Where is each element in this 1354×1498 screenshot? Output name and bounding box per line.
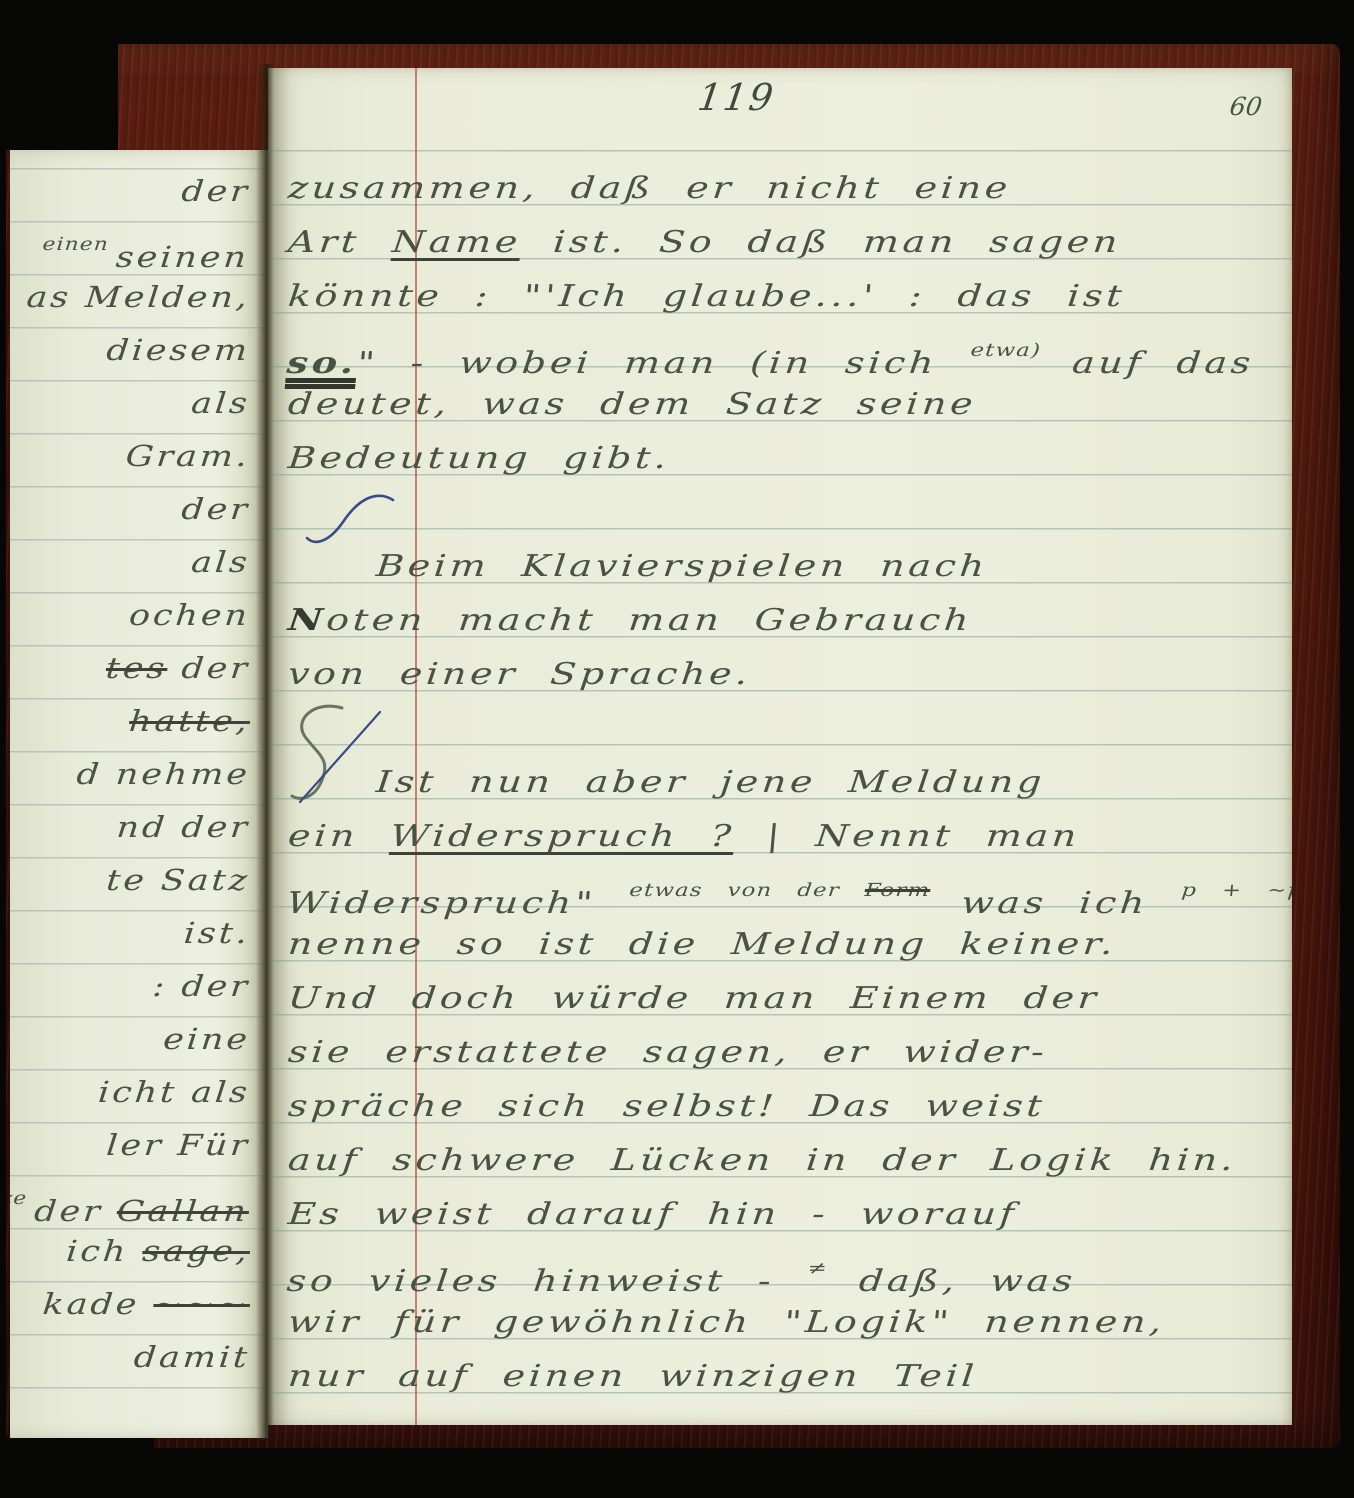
text-segment: : der	[151, 969, 251, 1003]
text-segment: sage,	[141, 1234, 251, 1268]
handwritten-fragment: d nehme	[10, 748, 252, 801]
main-handwritten-text: zusammen, daß er nicht eineArt Name ist.…	[288, 162, 1288, 1404]
text-segment: seinen	[115, 240, 251, 274]
text-segment: der	[166, 651, 251, 685]
text-segment: " - wobei man (in sich	[356, 346, 971, 381]
text-segment: Gallan	[116, 1194, 251, 1228]
text-segment: Name	[391, 225, 523, 260]
text-segment: auf schwere Lücken in der Logik hin.	[287, 1143, 1239, 1178]
handwritten-line: wir für gewöhnlich "Logik" nennen,	[286, 1296, 1292, 1350]
folio-number: 60	[1228, 92, 1264, 121]
handwritten-fragment: kade ~~~	[10, 1278, 252, 1331]
right-page: 119 60 zusammen, daß er nicht eineArt Na…	[268, 68, 1292, 1425]
text-segment: der	[180, 492, 251, 526]
text-segment: etwas von der	[628, 880, 865, 901]
handwritten-line: auf schwere Lücken in der Logik hin.	[286, 1134, 1292, 1188]
handwritten-fragment: hatte,	[10, 695, 252, 748]
text-segment: damit	[132, 1340, 251, 1374]
text-segment: Art	[287, 225, 394, 260]
handwritten-line: Bedeutung gibt.	[286, 432, 1292, 486]
text-segment: Gram.	[124, 439, 251, 473]
text-segment: d nehme	[75, 757, 251, 791]
text-segment: deutet, was dem Satz seine	[287, 387, 978, 422]
text-segment: einen	[42, 234, 118, 255]
text-segment: ein	[287, 819, 392, 854]
text-segment: was ich	[928, 886, 1182, 921]
text-segment: wir für gewöhnlich "Logik" nennen,	[287, 1305, 1167, 1340]
text-segment: als	[190, 545, 252, 579]
handwritten-line	[286, 702, 1292, 756]
text-segment: Beim Klavierspielen nach	[375, 549, 990, 584]
text-segment: | Nennt man	[733, 819, 1081, 854]
text-segment: nenne so ist die Meldung keiner.	[287, 927, 1119, 962]
text-segment: nd der	[115, 810, 251, 844]
text-segment: p + ~p	[1181, 880, 1292, 901]
text-segment: als	[190, 386, 252, 420]
text-segment: etwa)	[970, 340, 1042, 361]
text-segment: ich	[65, 1234, 144, 1268]
handwritten-fragment: der	[10, 165, 252, 218]
handwritten-line: so vieles hinweist - ≠ daß, was	[286, 1242, 1292, 1296]
handwritten-fragment: als	[10, 536, 252, 589]
handwritten-fragment: ich sage,	[10, 1225, 252, 1278]
text-segment: kade	[41, 1287, 155, 1321]
handwritten-line: könnte : "'Ich glaube...' : das ist	[286, 270, 1292, 324]
handwritten-line: von einer Sprache.	[286, 648, 1292, 702]
book-gutter-shadow	[256, 64, 274, 1440]
text-segment: icht als	[97, 1075, 252, 1109]
handwritten-fragment: damit	[10, 1331, 252, 1384]
handwritten-line: ein Widerspruch ? | Nennt man	[286, 810, 1292, 864]
handwritten-fragment: nd der	[10, 801, 252, 854]
handwritten-fragment: ganze der Gallan	[10, 1172, 252, 1225]
handwritten-fragment: ochen	[10, 589, 252, 642]
text-segment: der	[180, 174, 251, 208]
text-segment: Form	[864, 880, 931, 901]
text-segment: ≠	[807, 1258, 829, 1279]
handwritten-fragment: eine	[10, 1013, 252, 1066]
text-segment: tes	[105, 651, 169, 685]
handwritten-line	[286, 486, 1292, 540]
text-segment: zusammen, daß er nicht eine	[287, 171, 1013, 206]
text-segment: spräche sich selbst! Das weist	[287, 1089, 1048, 1124]
handwritten-fragment: Gram.	[10, 430, 252, 483]
notebook-photo: dereinen seinenas Melden,diesemalsGram.d…	[0, 0, 1354, 1498]
text-segment: Ist nun aber jene Meldung	[375, 765, 1047, 800]
text-segment: ist. So daß man sagen	[520, 225, 1123, 260]
handwritten-fragment: ler Für	[10, 1119, 252, 1172]
text-segment: Es weist darauf hin - worauf	[287, 1197, 1020, 1232]
text-segment: diesem	[105, 333, 251, 367]
text-segment: sie erstattete sagen, er wider-	[287, 1035, 1050, 1070]
handwritten-fragment: diesem	[10, 324, 252, 377]
handwritten-line: spräche sich selbst! Das weist	[286, 1080, 1292, 1134]
text-segment: der	[33, 1194, 118, 1228]
blue-ink-swash-mark	[303, 488, 399, 548]
text-segment: ler Für	[105, 1128, 251, 1162]
background-corner	[0, 0, 118, 150]
handwritten-fragment: : der	[10, 960, 252, 1013]
handwritten-line: zusammen, daß er nicht eine	[286, 162, 1292, 216]
left-page-text: dereinen seinenas Melden,diesemalsGram.d…	[10, 165, 250, 1384]
text-segment: ist.	[183, 916, 252, 950]
handwritten-line: Noten macht man Gebrauch	[286, 594, 1292, 648]
text-segment: so.	[285, 346, 358, 381]
handwritten-line: Und doch würde man Einem der	[286, 972, 1292, 1026]
handwritten-line: Ist nun aber jene Meldung	[286, 756, 1292, 810]
left-page: dereinen seinenas Melden,diesemalsGram.d…	[10, 150, 268, 1438]
text-segment: ochen	[128, 598, 252, 632]
handwritten-fragment: einen seinen	[10, 218, 252, 271]
text-segment: Bedeutung gibt.	[287, 441, 672, 476]
handwritten-line: nenne so ist die Meldung keiner.	[286, 918, 1292, 972]
text-segment: nur auf einen winzigen Teil	[287, 1359, 979, 1394]
handwritten-line: Widerspruch" etwas von der Form was ich …	[286, 864, 1292, 918]
handwritten-line: Art Name ist. So daß man sagen	[286, 216, 1292, 270]
text-segment: eine	[162, 1022, 252, 1056]
text-segment: Und doch würde man Einem der	[287, 981, 1102, 1016]
handwritten-line: Es weist darauf hin - worauf	[286, 1188, 1292, 1242]
text-segment: Widerspruch ?	[389, 819, 736, 854]
handwritten-line: Beim Klavierspielen nach	[286, 540, 1292, 594]
handwritten-fragment: icht als	[10, 1066, 252, 1119]
handwritten-fragment: als	[10, 377, 252, 430]
handwritten-line: so." - wobei man (in sich etwa) auf das	[286, 324, 1292, 378]
text-segment: auf das	[1038, 346, 1255, 381]
text-segment: so vieles hinweist -	[285, 1264, 808, 1299]
text-segment: von einer Sprache.	[287, 657, 753, 692]
text-segment: daß, was	[825, 1264, 1077, 1299]
text-segment: N	[287, 603, 328, 638]
handwritten-fragment: ist.	[10, 907, 252, 960]
text-segment: ~~~	[152, 1287, 251, 1321]
text-segment: ganze	[10, 1188, 36, 1209]
background-corner	[0, 1437, 154, 1498]
handwritten-line: nur auf einen winzigen Teil	[286, 1350, 1292, 1404]
text-segment: te Satz	[105, 863, 251, 897]
handwritten-fragment: der	[10, 483, 252, 536]
text-segment: as Melden,	[25, 280, 251, 314]
handwritten-fragment: tes der	[10, 642, 252, 695]
handwritten-fragment: te Satz	[10, 854, 252, 907]
handwritten-fragment: as Melden,	[10, 271, 252, 324]
crossed-s-mark	[284, 698, 394, 808]
handwritten-line: deutet, was dem Satz seine	[286, 378, 1292, 432]
text-segment: hatte,	[128, 704, 252, 738]
text-segment: Widerspruch"	[285, 886, 629, 921]
page-number: 119	[695, 76, 778, 119]
handwritten-line: sie erstattete sagen, er wider-	[286, 1026, 1292, 1080]
text-segment: könnte : "'Ich glaube...' : das ist	[287, 279, 1127, 314]
text-segment: oten macht man Gebrauch	[325, 603, 974, 638]
